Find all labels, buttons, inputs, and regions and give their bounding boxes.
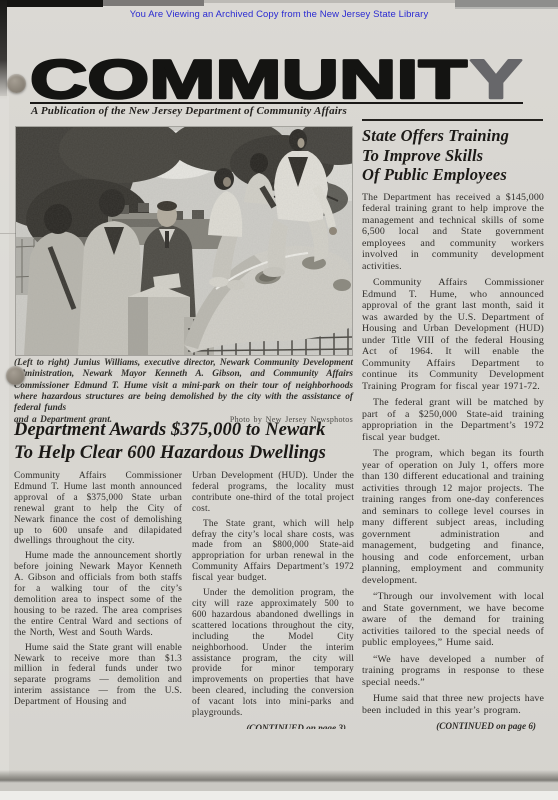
paragraph: The Department has received a $145,000 f…	[362, 192, 544, 273]
scan-edge-bottom-paper	[0, 783, 558, 791]
scan-edge-top-gray	[103, 0, 204, 6]
article-column-left: Community Affairs Commissioner Edmund T.…	[14, 471, 182, 729]
hole-punch-bottom	[6, 366, 25, 385]
photo-caption: (Left to right) Junius Williams, executi…	[14, 358, 353, 427]
paragraph: Hume said the State grant will enable Ne…	[14, 643, 182, 708]
scan-edge-top-black	[0, 0, 103, 7]
headline-line-3: Of Public Employees	[362, 165, 544, 185]
paragraph: Community Affairs Commissioner Edmund T.…	[14, 471, 182, 547]
paragraph: The State grant, which will help defray …	[192, 519, 354, 584]
scan-left-margin	[0, 96, 9, 782]
scan-edge-bottom-white	[0, 791, 558, 800]
headline-line-2: To Improve Skills	[362, 146, 544, 166]
masthead-title-accent: Y	[470, 52, 522, 104]
story-headline: State Offers Training To Improve Skills …	[362, 126, 544, 185]
scan-edge-top-light	[204, 0, 455, 3]
masthead-title-main: COMMUNIT	[30, 52, 467, 104]
paragraph: Hume made the announcement shortly befor…	[14, 551, 182, 638]
news-photo	[16, 127, 352, 355]
newsletter-page: You Are Viewing an Archived Copy from th…	[0, 0, 558, 800]
article-newark-grant: Department Awards $375,000 to Newark To …	[14, 419, 355, 729]
story-body: The Department has received a $145,000 f…	[362, 192, 544, 732]
headline-line-2: To Help Clear 600 Hazardous Dwellings	[14, 442, 355, 465]
masthead-rule	[30, 102, 523, 104]
scan-scratch	[0, 233, 17, 234]
paragraph: Urban Development (HUD). Under the feder…	[192, 471, 354, 515]
paragraph: The program, which began its fourth year…	[362, 448, 544, 586]
continued-page-3: (CONTINUED on page 3)	[192, 723, 354, 729]
paragraph: Under the demolition program, the city w…	[192, 588, 354, 719]
scan-edge-bottom-shadow	[0, 770, 558, 783]
article-headline: Department Awards $375,000 to Newark To …	[14, 419, 355, 464]
scan-edge-top-right	[455, 0, 558, 9]
caption-text: (Left to right) Junius Williams, executi…	[14, 358, 353, 413]
hole-punch-top	[7, 74, 26, 93]
headline-line-1: Department Awards $375,000 to Newark	[14, 419, 355, 442]
story-rule	[362, 119, 543, 121]
continued-page-6: (CONTINUED on page 6)	[362, 721, 544, 731]
headline-line-1: State Offers Training	[362, 126, 544, 146]
paragraph: The federal grant will be matched by par…	[362, 397, 544, 443]
masthead-logo: COMMUNIT Y	[0, 52, 558, 104]
paragraph: Community Affairs Commissioner Edmund T.…	[362, 277, 544, 392]
paragraph: “We have developed a number of training …	[362, 654, 544, 689]
paragraph: Hume said that three new projects have b…	[362, 693, 544, 716]
paragraph: “Through our involvement with local and …	[362, 591, 544, 649]
photo-grain	[16, 127, 352, 355]
article-training-grant: State Offers Training To Improve Skills …	[362, 119, 544, 731]
archive-banner: You Are Viewing an Archived Copy from th…	[0, 9, 558, 20]
masthead-subtitle: A Publication of the New Jersey Departme…	[31, 105, 347, 117]
article-column-middle: Urban Development (HUD). Under the feder…	[192, 471, 354, 729]
